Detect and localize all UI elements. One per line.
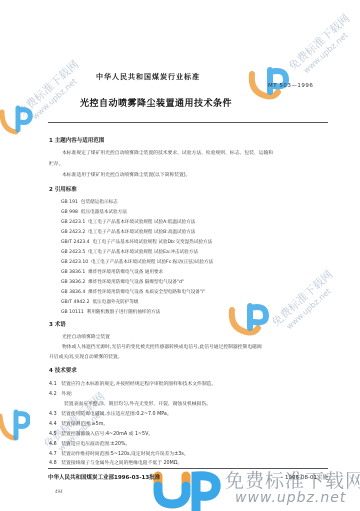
reference-name: 低压电器外壳防护等级 [93,300,139,305]
requirement-number: 4.7 [49,452,57,457]
requirement-number: 4.2 [49,392,57,397]
reference-code: GB 998 [61,210,78,215]
reference-code: GB 2423.1 [61,220,85,225]
reference-name: 包装储运指示标志 [81,200,118,205]
reference-code: GB 10111 [61,310,84,315]
section-1-heading: 1 主题内容与适用范围 [49,136,104,144]
reference-item: GB/T 2423.4 电工电子产品基本环境试验规程 试验Db:交变湿热试验方法 [61,239,212,245]
document-page: 免费标准下载网 www.upbz.net 免费标准下载网 www.upbz.ne… [0,0,360,511]
reference-item: GB 2423.5 电工电子产品基本环境试验规程 试验Ea:冲击试验方法 [61,249,198,255]
requirement-text: 装置动作维持时间范围:5~120s,设定时间允许误差为±3s。 [61,452,188,457]
requirement-text: 装置控制器输入信号:4~20mA 或 1~5V。 [61,432,153,437]
reference-name: 爆炸性环境用防爆电气设备 本质安全型电路和电气设备"i" [88,290,205,295]
reference-item: GB/T 4942.2 低压电器外壳防护等级 [61,299,138,305]
reference-item: GB 191 包装储运指示标志 [61,199,118,205]
requirement-text: 外观: [61,392,72,397]
requirement-number: 4.5 [49,432,57,437]
reference-code: GB 191 [61,200,78,205]
reference-code: GB 3836.1 [61,270,85,275]
requirement-text: 装置使用防爆电磁阀,水压适应范围:0.2~7.0 MPa。 [61,412,171,417]
term-name: 光控自动喷雾降尘装置 [62,333,110,340]
requirement-number: 4.1 [49,382,57,387]
section-3-heading: 3 术语 [49,320,66,328]
requirement-number: 4.8 [49,461,57,466]
publisher-heading: 中华人民共和国煤炭行业标准 [96,72,200,82]
watermark-diagonal-mid-right: 免费标准下载网 www.upbz.net [268,266,342,336]
requirement-item: 4.1 装置应符合本标准的规定,并按照经规定程序审批的图样和技术文件制造。 [49,380,216,387]
requirement-item: 4.8 装置接线端子与金属外壳之间的绝缘电阻不低于 20MΩ。 [49,459,182,466]
term-definition: 物体或人体遮挡光源时,光信号的变化被光控传感器转换成电信号,此信号通过控制器控制… [62,343,262,350]
watermark-diagonal-right: 免费标准下载网 www.upbz.net [285,10,359,80]
up-logo-icon [248,62,294,102]
reference-item: GB 10111 利用随机数骰子进行随机抽样的方法 [61,309,160,315]
up-logo-icon [0,102,34,136]
reference-name: 电工电子产品基本环境试验规程 试验Fc:振动(正弦)试验方法 [91,260,213,265]
reference-item: GB 3836.1 爆炸性环境用防爆电气设备 通用要求 [61,269,163,275]
requirement-text: 装置接线端子与金属外壳之间的绝缘电阻不低于 20MΩ。 [61,461,182,466]
section-4-heading: 4 技术要求 [49,366,77,374]
requirement-number: 4.3 [49,412,57,417]
reference-name: 电工电子产品基本环境试验规程 试验B:高温试验方法 [88,230,195,235]
reference-code: GB/T 2423.4 [61,240,90,245]
section-1-paragraph-1: 本标准规定了煤矿用光控自动喷雾降尘装置的技术要求、试验方法、检验规则、标志、包装… [62,149,273,156]
approval-date: 中华人民共和国煤炭工业部1996-03-13批准 [48,473,160,481]
reference-name: 电工电子产品基本环境试验规程 试验Db:交变湿热试验方法 [93,240,213,245]
reference-code: GB 3836.2 [61,280,85,285]
reference-code: GB 2423.2 [61,230,85,235]
requirement-number: 4.6 [49,442,57,447]
section-1-paragraph-1-cont: 贮存。 [49,160,63,167]
reference-item: GB 3836.2 爆炸性环境用防爆电气设备 隔爆型电气设备"d" [61,279,184,285]
up-logo-icon [0,408,30,444]
footer-rule [48,468,328,469]
document-number: MT 503—1996 [268,83,313,89]
reference-code: GB/T 4942.2 [61,300,90,305]
requirement-text: 装置应符合本标准的规定,并按照经规定程序审批的图样和技术文件制造。 [61,382,216,387]
reference-code: GB 2423.10 [61,260,88,265]
requirement-item: 4.4 装置探测范围:≥5m。 [49,420,108,427]
requirement-text: 装置表面应平整,涂、镀层均匀,外壳无变形、开裂、腐蚀及机械损伤。 [64,402,211,407]
reference-name: 爆炸性环境用防爆电气设备 隔爆型电气设备"d" [88,280,184,285]
requirement-item: 4.3 装置使用防爆电磁阀,水压适应范围:0.2~7.0 MPa。 [49,410,172,417]
reference-code: GB 3836.4 [61,290,85,295]
header-rule [48,122,328,123]
requirement-text: 装置适应电压波动范围:±20%。 [61,442,130,447]
requirement-item: 4.7 装置动作维持时间范围:5~120s,设定时间允许误差为±3s。 [49,450,189,457]
up-logo-icon [150,468,222,511]
requirement-number: 4.4 [49,422,57,427]
reference-item: GB 3836.4 爆炸性环境用防爆电气设备 本质安全型电路和电气设备"i" [61,289,205,295]
reference-name: 利用随机数骰子进行随机抽样的方法 [87,310,161,315]
watermark-brand-url: www.upbz.net [235,490,346,506]
requirement-item: 4.6 装置适应电压波动范围:±20%。 [49,440,130,447]
reference-name: 电工电子产品基本环境试验规程 试验Ea:冲击试验方法 [88,250,198,255]
reference-name: 电工电子产品基本环境试验规程 试验A:低温试验方法 [88,220,195,225]
document-title: 光控自动喷雾降尘装置通用技术条件 [80,96,232,109]
up-logo-icon [228,298,274,338]
reference-code: GB 2423.5 [61,250,85,255]
requirement-item: 4.2 外观: [49,390,72,397]
reference-name: 爆炸性环境用防爆电气设备 通用要求 [88,270,163,275]
reference-item: GB 2423.2 电工电子产品基本环境试验规程 试验B:高温试验方法 [61,229,195,235]
reference-item: GB 2423.10 电工电子产品基本环境试验规程 试验Fc:振动(正弦)试验方… [61,259,213,265]
requirement-text: 装置探测范围:≥5m。 [61,422,108,427]
requirement-item: 4.5 装置控制器输入信号:4~20mA 或 1~5V。 [49,430,153,437]
effective-date: 1996-08-01实施 [285,473,328,481]
reference-name: 低压电器基本试验方法 [81,210,127,215]
reference-item: GB 2423.1 电工电子产品基本环境试验规程 试验A:低温试验方法 [61,219,195,225]
requirement-item: 装置表面应平整,涂、镀层均匀,外壳无变形、开裂、腐蚀及机械损伤。 [64,400,211,407]
reference-item: GB 998 低压电器基本试验方法 [61,209,127,215]
term-definition-cont: 开启或关闭,实现自动喷雾的装置。 [49,353,122,360]
section-2-heading: 2 引用标准 [49,185,77,193]
section-1-paragraph-2: 本标准适用于煤矿用光控自动喷雾降尘装置(以下简称装置)。 [62,171,190,178]
page-number: 494 [55,489,63,494]
